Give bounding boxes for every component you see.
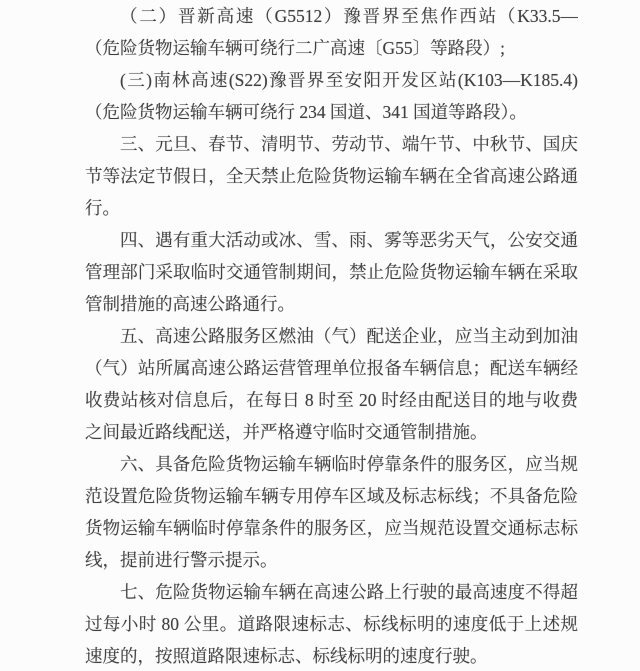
text-line: 行。 [85,192,578,224]
text-line: 范设置危险货物运输车辆专用停车区域及标志标线；不具备危险 [85,480,578,512]
text-line: 五、高速公路服务区燃油（气）配送企业，应当主动到加油 [85,320,578,352]
text-line: 收费站核对信息后，在每日 8 时至 20 时经由配送目的地与收费站 [85,384,578,416]
document-body: （二）晋新高速（G5512）豫晋界至焦作西站（K33.5—K46）（危险货物运输… [85,0,578,671]
text-line: 管理部门采取临时交通管制期间，禁止危险货物运输车辆在采取 [85,256,578,288]
text-line: 之间最近路线配送，并严格遵守临时交通管制措施。 [85,416,578,448]
text-line: 三、元旦、春节、清明节、劳动节、端午节、中秋节、国庆 [85,128,578,160]
text-line: 线，提前进行警示提示。 [85,544,578,576]
text-line: 管制措施的高速公路通行。 [85,288,578,320]
text-line: （危险货物运输车辆可绕行 234 国道、341 国道等路段）。 [85,96,578,128]
document-page: （二）晋新高速（G5512）豫晋界至焦作西站（K33.5—K46）（危险货物运输… [0,0,640,671]
text-line: 节等法定节假日，全天禁止危险货物运输车辆在全省高速公路通 [85,160,578,192]
text-line: （危险货物运输车辆可绕行二广高速〔G55〕等路段）; [85,32,578,64]
text-line: 四、遇有重大活动或冰、雪、雨、雾等恶劣天气，公安交通 [85,224,578,256]
text-line: (三)南林高速(S22)豫晋界至安阳开发区站(K103—K185.4) [85,64,578,96]
text-line: 速度的，按照道路限速标志、标线标明的速度行驶。 [85,640,578,671]
text-line: 六、具备危险货物运输车辆临时停靠条件的服务区，应当规 [85,448,578,480]
text-line: 过每小时 80 公里。道路限速标志、标线标明的速度低于上述规定 [85,608,578,640]
text-line: （二）晋新高速（G5512）豫晋界至焦作西站（K33.5—K46） [85,0,578,32]
text-line: 七、危险货物运输车辆在高速公路上行驶的最高速度不得超 [85,576,578,608]
text-line: 货物运输车辆临时停靠条件的服务区，应当规范设置交通标志标 [85,512,578,544]
text-line: （气）站所属高速公路运营管理单位报备车辆信息；配送车辆经 [85,352,578,384]
